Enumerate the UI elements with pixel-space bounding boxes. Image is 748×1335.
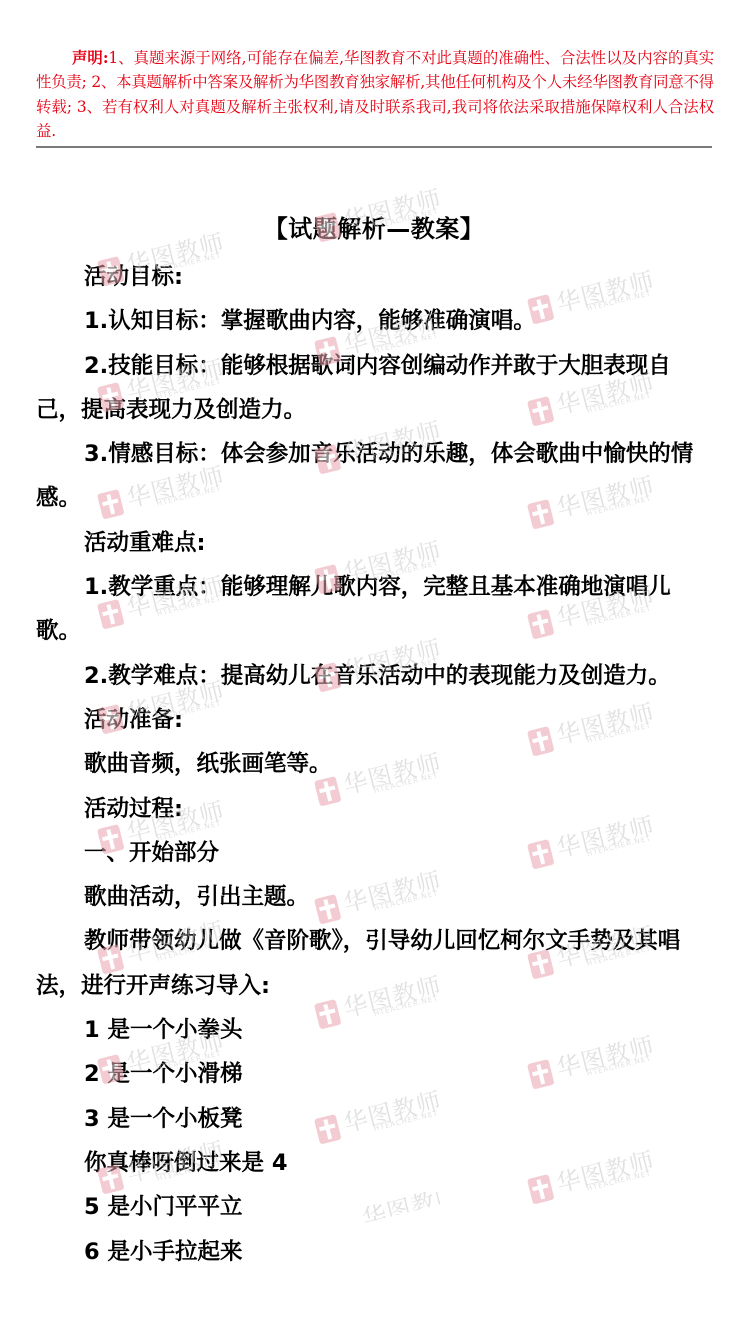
lyric-line: 2 是一个小滑梯 [36,1052,714,1096]
section-heading-process: 活动过程: [36,787,714,831]
lyric-line: 6 是小手拉起来 [36,1230,714,1274]
page-title: 【试题解析—教案】 [0,209,748,244]
document-page: 声明:1、真题来源于网络,可能存在偏差,华图教育不对此真题的准确性、合法性以及内… [0,0,748,1335]
section-heading-goals: 活动目标: [36,255,714,299]
goal-item: 3.情感目标：体会参加音乐活动的乐趣，体会歌曲中愉快的情感。 [36,432,714,521]
disclaimer-notice: 声明:1、真题来源于网络,可能存在偏差,华图教育不对此真题的准确性、合法性以及内… [36,46,714,144]
subsection-heading: 一、开始部分 [36,831,714,875]
paragraph: 教师带领幼儿做《音阶歌》，引导幼儿回忆柯尔文手势及其唱法，进行开声练习导入: [36,919,714,1008]
preparation-text: 歌曲音频，纸张画笔等。 [36,742,714,786]
disclaimer-text: 1、真题来源于网络,可能存在偏差,华图教育不对此真题的准确性、合法性以及内容的真… [36,49,714,140]
goal-item: 2.技能目标：能够根据歌词内容创编动作并敢于大胆表现自己，提高表现力及创造力。 [36,344,714,433]
lyric-line: 5 是小门平平立 [36,1185,714,1229]
header-divider [36,146,712,148]
lyric-line: 你真棒呀倒过来是 4 [36,1141,714,1185]
lyric-line: 3 是一个小板凳 [36,1097,714,1141]
key-point-item: 1.教学重点：能够理解儿歌内容，完整且基本准确地演唱儿歌。 [36,565,714,654]
disclaimer-label: 声明: [72,49,108,67]
lyric-line: 1 是一个小拳头 [36,1008,714,1052]
paragraph: 歌曲活动，引出主题。 [36,875,714,919]
section-heading-preparation: 活动准备: [36,698,714,742]
key-point-item: 2.教学难点：提高幼儿在音乐活动中的表现能力及创造力。 [36,654,714,698]
section-heading-key-points: 活动重难点: [36,521,714,565]
lesson-plan-body: 活动目标: 1.认知目标：掌握歌曲内容，能够准确演唱。 2.技能目标：能够根据歌… [36,255,714,1274]
goal-item: 1.认知目标：掌握歌曲内容，能够准确演唱。 [36,299,714,343]
